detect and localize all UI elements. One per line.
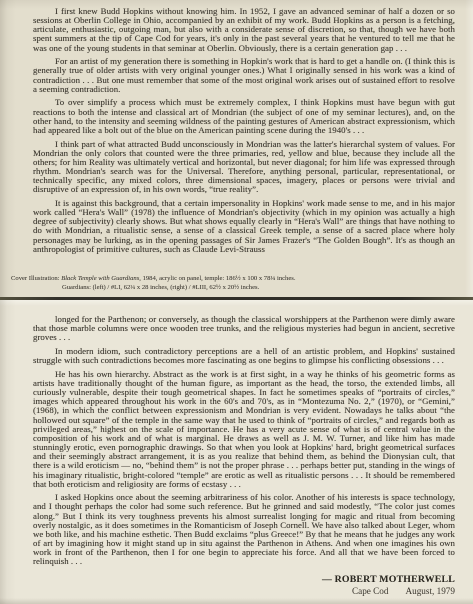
essay-paragraph: I asked Hopkins once about the seeming a… <box>33 493 455 566</box>
cover-illustration-caption: Cover Illustration: Black Temple with Gu… <box>11 275 441 292</box>
essay-paragraph: For an artist of my generation there is … <box>33 57 455 94</box>
essay-paragraph: I first knew Budd Hopkins without knowin… <box>33 7 455 53</box>
caption-dimensions: 1984, acrylic on panel, temple: 186½ x 1… <box>143 275 296 282</box>
scanned-essay-document: I first knew Budd Hopkins without knowin… <box>0 0 473 604</box>
caption-label: Cover Illustration: <box>11 275 60 282</box>
signature-name: — ROBERT MOTHERWELL <box>33 574 455 585</box>
signature-place: Cape Cod <box>352 586 389 596</box>
signature-date: August, 1979 <box>405 586 455 596</box>
caption-line-2: Guardians: (left) / #LI, 62¼ x 28 inches… <box>62 284 441 292</box>
essay-paragraph: longed for the Parthenon; or conversely,… <box>33 315 455 342</box>
essay-paragraph: In modern idiom, such contradictory perc… <box>33 347 455 365</box>
essay-text-bottom: longed for the Parthenon; or conversely,… <box>33 315 455 571</box>
essay-paragraph: To over simplify a process which must be… <box>33 98 455 135</box>
essay-paragraph: It is against this background, that a ce… <box>33 199 455 254</box>
catalog-page-top: I first knew Budd Hopkins without knowin… <box>0 0 473 297</box>
caption-artwork-title: Black Temple with Guardians, <box>61 275 141 282</box>
essay-paragraph: He has his own hierarchy. Abstract as th… <box>33 370 455 489</box>
essay-paragraph: I think part of what attracted Budd unco… <box>33 140 455 195</box>
essay-text-top: I first knew Budd Hopkins without knowin… <box>33 7 455 258</box>
catalog-page-bottom: longed for the Parthenon; or conversely,… <box>0 300 473 604</box>
signature-block: — ROBERT MOTHERWELL Cape CodAugust, 1979 <box>33 574 455 596</box>
caption-line-1: Cover Illustration: Black Temple with Gu… <box>11 275 441 283</box>
signature-place-date: Cape CodAugust, 1979 <box>33 586 455 596</box>
